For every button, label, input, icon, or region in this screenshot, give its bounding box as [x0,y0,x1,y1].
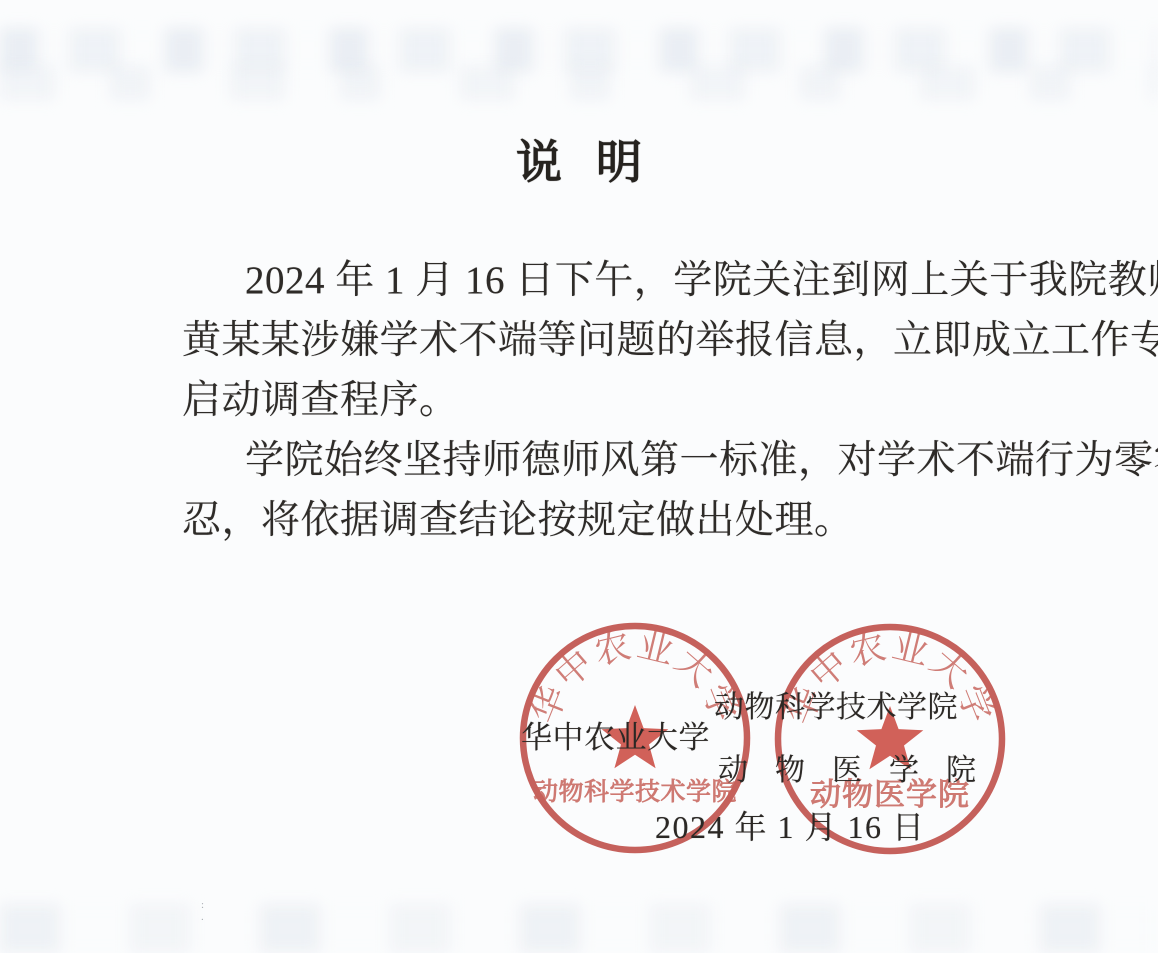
signature-unit-animal-medicine: 动物医学院 [718,745,1003,789]
scan-noise-top [0,28,1158,72]
body-line: 启动调查程序。 [182,371,1042,431]
page-title: 说明 [0,126,1158,192]
scan-noise-bottom [0,904,1158,953]
body-line: 学院始终坚持师德师风第一标准，对学术不端行为零容 [182,431,1042,491]
body-line: 2024 年 1 月 16 日下午，学院关注到网上关于我院教师 [182,251,1042,311]
signature-unit-animal-science: 动物科学技术学院 [714,682,958,726]
body-line: 忍，将依据调查结论按规定做出处理。 [182,491,1042,551]
body-line: 黄某某涉嫌学术不端等问题的举报信息，立即成立工作专班， [182,311,1042,371]
document-body: 2024 年 1 月 16 日下午，学院关注到网上关于我院教师 黄某某涉嫌学术不… [182,251,1042,551]
document-page: : . 说明 2024 年 1 月 16 日下午，学院关注到网上关于我院教师 黄… [0,0,1158,953]
signature-date: 2024 年 1 月 16 日 [655,802,926,848]
signature-university-name: 华中农业大学 [521,712,710,757]
scan-noise-top-2 [0,66,1158,100]
scan-speck: : . [201,899,215,911]
